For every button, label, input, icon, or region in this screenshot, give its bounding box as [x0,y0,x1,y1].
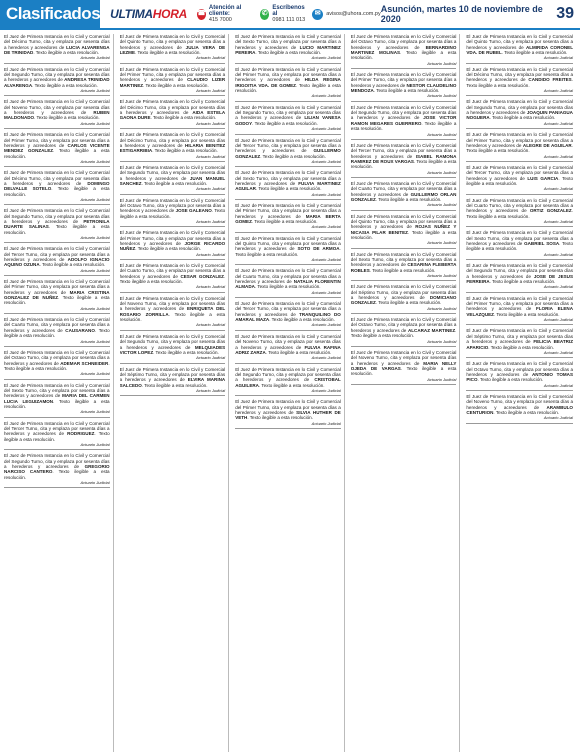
legal-notice: El Juez de Primera Instancia en lo Civil… [351,34,457,69]
notice-name: ORTIZ GONZALEZ [530,208,572,213]
legal-notice: El Juez de Primera Instancia en lo Civil… [235,268,341,298]
legal-notice: El Juez de Primera Instancia en lo Civil… [466,198,573,228]
whatsapp-icon: ✆ [260,9,270,20]
legal-notice: El Juez de Primera Instancia en lo Civil… [4,34,110,64]
legal-notice: El Juez de Primera Instancia en lo Civil… [351,284,457,314]
legal-notice: El Juez de Primera Instancia en lo Civil… [466,230,573,260]
legal-notice: El Juez de Primera Instancia en lo Civil… [120,334,226,364]
legal-notice: El Juez de Primera Instancia en lo Civil… [466,361,573,391]
notice-name: JOSE GALEANO [176,208,212,213]
legal-notice: El Juez de Primera Instancia en lo Civil… [466,99,573,129]
legal-notice: El Juez de Primera Instancia en lo Civil… [120,165,226,195]
legal-notice: El Juez de Primera Instancia en lo Civil… [351,317,457,347]
column-3: El Juez de Primera Instancia en lo Civil… [235,34,345,752]
legal-notice: El Juez de Primera Instancia en lo Civil… [466,263,573,293]
legal-notice: El Juez de Primera Instancia en lo Civil… [466,328,573,358]
legal-notice: El Juez de Primera Instancia en lo Civil… [120,99,226,129]
notice-name: CAUSARANO [65,328,95,333]
legal-notice: El Juez de Primera Instancia en lo Civil… [4,99,110,129]
legal-notice: El Juez de Primera Instancia en lo Civil… [466,67,573,97]
notice-name: LUIS GARCIA [527,176,558,181]
legal-notice: El Juez de Primera Instancia en lo Civil… [466,34,573,64]
legal-notice: El Juez de Primera Instancia en lo Civil… [235,34,341,64]
notice-name: ALEGRE DE AGUILAR [523,143,572,148]
issue-date: Asunción, martes 10 de noviembre de 2020 [381,4,548,24]
legal-notice: El Juez de Primera Instancia en lo Civil… [4,453,110,488]
legal-notice: El Juez de Primera Instancia en lo Civil… [351,214,457,249]
legal-notice: El Juez de Primera Instancia en lo Civil… [120,230,226,260]
legal-notice: El Juez de Primera Instancia en lo Civil… [235,399,341,429]
page-number: 39 [556,5,574,23]
notice-name: CANDIDO FREITES [528,77,571,82]
contact-whatsapp: ✆ Escríbenos al0981 111 013 [260,5,306,23]
legal-notice: El Juez de Primera Instancia en lo Civil… [4,350,110,380]
notice-name: ALCARAZ MARTINEZ [408,328,455,333]
legal-notice: El Juez de Primera Instancia en lo Civil… [120,67,226,97]
legal-notice: El Juez de Primera Instancia en lo Civil… [120,367,226,397]
legal-notice: El Juez de Primera Instancia en lo Civil… [466,132,573,162]
legal-notice: El Juez de Primera Instancia en lo Civil… [351,105,457,140]
contact-phone: ☎ Atención al cliente:415 7000 [197,5,254,23]
legal-notice: El Juez de Primera Instancia en lo Civil… [120,263,226,293]
notice-name: CESAR GONZALEZ [180,274,224,279]
legal-notice: El Juez de Primera Instancia en lo Civil… [351,72,457,102]
legal-notice: El Juez de Primera Instancia en lo Civil… [235,67,341,102]
legal-notice: El Juez de Primera Instancia en lo Civil… [351,143,457,178]
legal-notice: El Juez de Primera Instancia en lo Civil… [4,279,110,314]
legal-notice: El Juez de Primera Instancia en lo Civil… [235,138,341,168]
legal-notice: El Juez de Primera Instancia en lo Civil… [235,301,341,331]
column-1: El Juez de Primera Instancia en lo Civil… [4,34,114,752]
contact-strip: ☎ Atención al cliente:415 7000 ✆ Escríbe… [197,5,381,23]
legal-notice: El Juez de Primera Instancia en lo Civil… [351,252,457,282]
classifieds-columns: El Juez de Primera Instancia en lo Civil… [4,34,576,752]
legal-notice: El Juez de Primera Instancia en lo Civil… [466,165,573,195]
contact-email: ✉ avisos@uhora.com.py [312,9,381,20]
legal-notice: El Juez de Primera Instancia en lo Civil… [120,296,226,331]
legal-notice: El Juez de Primera Instancia en lo Civil… [4,317,110,347]
legal-notice: El Juez de Primera Instancia en lo Civil… [351,181,457,211]
legal-notice: El Juez de Primera Instancia en lo Civil… [235,367,341,397]
legal-notice: El Juez de Primera Instancia en lo Civil… [120,132,226,162]
section-title: Clasificados [0,0,100,29]
legal-notice: El Juez de Primera Instancia en lo Civil… [466,394,573,424]
legal-notice: El Juez de Primera Instancia en lo Civil… [235,236,341,266]
legal-notice: El Juez de Primera Instancia en lo Civil… [4,132,110,167]
notice-name: SOTO DE ARMOA [298,246,340,251]
legal-notice: El Juez de Primera Instancia en lo Civil… [4,383,110,418]
legal-notice: El Juez de Primera Instancia en lo Civil… [120,198,226,228]
legal-notice: El Juez de Primera Instancia en lo Civil… [235,203,341,233]
phone-icon: ☎ [197,9,206,20]
legal-notice: El Juez de Primera Instancia en lo Civil… [120,34,226,64]
legal-notice: El Juez de Primera Instancia en lo Civil… [235,105,341,135]
legal-notice: El Juez de Primera Instancia en lo Civil… [4,246,110,276]
mail-icon: ✉ [312,9,323,20]
legal-notice: El Juez de Primera Instancia en lo Civil… [351,350,457,385]
notice-name: ADEMAR SCHNEIDER [60,361,108,366]
notice-name: GABRIEL SOSA [524,241,559,246]
masthead-logo: ULTIMAHORA [110,7,187,21]
notice-name: RODRIGUEZ [67,431,94,436]
legal-notice: El Juez de Primera Instancia en lo Civil… [235,334,341,364]
column-4: El Juez de Primera Instancia en lo Civil… [351,34,461,752]
legal-notice: El Juez de Primera Instancia en lo Civil… [4,208,110,243]
legal-notice: El Juez de Primera Instancia en lo Civil… [4,170,110,205]
legal-notice: El Juez de Primera Instancia en lo Civil… [4,67,110,97]
column-5: El Juez de Primera Instancia en lo Civil… [466,34,576,752]
column-2: El Juez de Primera Instancia en lo Civil… [120,34,230,752]
page-header: Clasificados ULTIMAHORA ☎ Atención al cl… [0,0,580,30]
legal-notice: El Juez de Primera Instancia en lo Civil… [4,421,110,451]
legal-notice: El Juez de Primera Instancia en lo Civil… [466,296,573,326]
legal-notice: El Juez de Primera Instancia en lo Civil… [235,170,341,200]
